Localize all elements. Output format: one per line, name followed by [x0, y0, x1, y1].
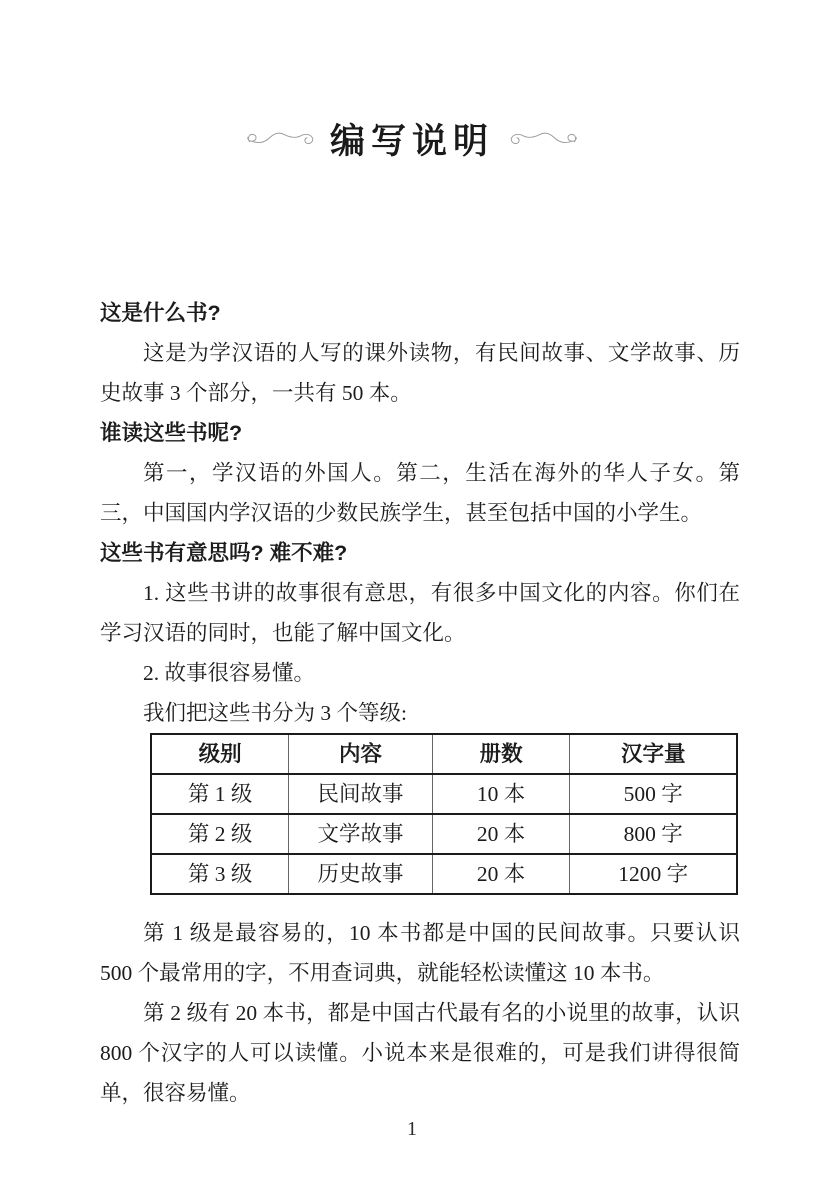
page-title: 编写说明: [330, 114, 494, 164]
cell-level-2: 第 2 级: [151, 814, 289, 854]
levels-table: 级别 内容 册数 汉字量 第 1 级 民间故事 10 本 500 字 第 2 级…: [150, 733, 738, 895]
cell-count-1: 10 本: [432, 774, 570, 814]
table-row: 第 3 级 历史故事 20 本 1200 字: [151, 854, 737, 894]
document-body: 这是什么书? 这是为学汉语的人写的课外读物，有民间故事、文学故事、历史故事 3 …: [100, 293, 740, 1113]
page-number: 1: [0, 1118, 824, 1141]
cell-count-2: 20 本: [432, 814, 570, 854]
section-heading-what-book: 这是什么书?: [100, 293, 740, 333]
paragraph-readers: 第一，学汉语的外国人。第二，生活在海外的华人子女。第三，中国国内学汉语的少数民族…: [100, 453, 740, 533]
cell-level-1: 第 1 级: [151, 774, 289, 814]
paragraph-levels-intro: 我们把这些书分为 3 个等级:: [100, 693, 740, 733]
cell-content-2: 文学故事: [289, 814, 433, 854]
flourish-right-icon: [508, 125, 580, 153]
paragraph-level-2-desc: 第 2 级有 20 本书，都是中国古代最有名的小说里的故事，认识 800 个汉字…: [100, 993, 740, 1113]
paragraph-point-2: 2. 故事很容易懂。: [100, 653, 740, 693]
table-header-row: 级别 内容 册数 汉字量: [151, 734, 737, 774]
table-row: 第 1 级 民间故事 10 本 500 字: [151, 774, 737, 814]
section-heading-who-reads: 谁读这些书呢?: [100, 413, 740, 453]
section-heading-interesting: 这些书有意思吗? 难不难?: [100, 533, 740, 573]
cell-chars-1: 500 字: [570, 774, 737, 814]
table-header-level: 级别: [151, 734, 289, 774]
cell-count-3: 20 本: [432, 854, 570, 894]
document-page: 编写说明 这是什么书? 这是为学汉语的人写的课外读物，有民间故事、文学故事、历史…: [0, 0, 824, 1200]
table-header-content: 内容: [289, 734, 433, 774]
cell-chars-3: 1200 字: [570, 854, 737, 894]
paragraph-level-1-desc: 第 1 级是最容易的，10 本书都是中国的民间故事。只要认识 500 个最常用的…: [100, 913, 740, 993]
cell-content-3: 历史故事: [289, 854, 433, 894]
paragraph-point-1: 1. 这些书讲的故事很有意思，有很多中国文化的内容。你们在学习汉语的同时，也能了…: [100, 573, 740, 653]
cell-content-1: 民间故事: [289, 774, 433, 814]
cell-chars-2: 800 字: [570, 814, 737, 854]
table-header-chars: 汉字量: [570, 734, 737, 774]
cell-level-3: 第 3 级: [151, 854, 289, 894]
table-row: 第 2 级 文学故事 20 本 800 字: [151, 814, 737, 854]
paragraph-book-intro: 这是为学汉语的人写的课外读物，有民间故事、文学故事、历史故事 3 个部分，一共有…: [100, 333, 740, 413]
flourish-left-icon: [244, 125, 316, 153]
table-header-count: 册数: [432, 734, 570, 774]
page-header: 编写说明: [0, 113, 824, 165]
